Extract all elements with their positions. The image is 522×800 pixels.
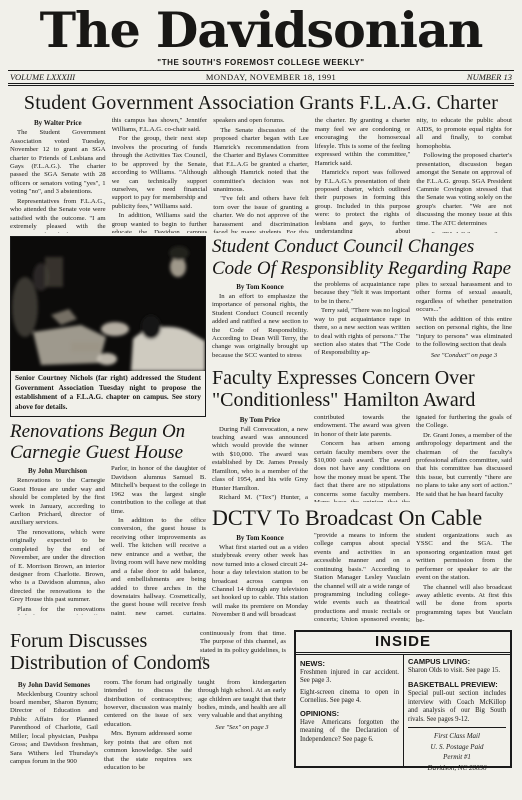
- article-text: With the addition of this entire section…: [416, 316, 512, 350]
- postage-line: U. S. Postage Paid: [408, 742, 506, 753]
- article-faculty-headline-line1: Faculty Expresses Concern Over: [212, 367, 512, 389]
- article-flag-col-1: By Walter Price The Student Government A…: [10, 117, 106, 233]
- article-renovations-columns: By John Murchison Renovations to the Car…: [10, 465, 206, 615]
- newspaper-tagline: "THE SOUTH'S FOREMOST COLLEGE WEEKLY": [0, 58, 522, 67]
- article-faculty-col-1: By Tom Price During Fall Convocation, a …: [212, 414, 308, 502]
- article-renovations-col-2: Parlor, in honor of the daughter of Davi…: [111, 465, 206, 615]
- article-conduct: Student Conduct Council Changes Code Of …: [212, 236, 512, 363]
- article-forum: Forum Discusses Distribution of Condoms …: [10, 630, 286, 775]
- article-flag-headline: Student Government Association Grants F.…: [0, 92, 522, 115]
- inside-opinions-item: Have Americans forgotten the meaning of …: [300, 719, 399, 744]
- article-faculty-headline-line2: "Conditionless" Hamilton Award: [212, 389, 512, 411]
- article-flag-col-2: this campus has shown," Jennifer William…: [112, 117, 208, 233]
- article-text: The channel will also broadcast away ath…: [416, 584, 512, 624]
- article-flag-col-4: the charter. By granting a charter many …: [315, 117, 411, 233]
- article-renovations-col-1: By John Murchison Renovations to the Car…: [10, 465, 105, 615]
- article-text: taught from kindergarten through high sc…: [198, 679, 286, 721]
- article-text: student organizations such as YSSC and t…: [416, 532, 512, 583]
- article-renovations-headline-line1: Renovations Begun On: [10, 421, 206, 442]
- article-faculty-byline: By Tom Price: [212, 416, 308, 425]
- newspaper-title: The Davidsonian: [0, 5, 522, 56]
- article-flag-col-5: nity, to educate the public about AIDS, …: [416, 117, 512, 233]
- inside-left-column: NEWS: Freshmen injured in car accident. …: [296, 655, 403, 766]
- flag-meeting-photo: Senior Courtney Nichols (far right) addr…: [10, 236, 206, 416]
- right-area: Student Conduct Council Changes Code Of …: [212, 236, 512, 624]
- article-text: Mecklenburg Country school board member,…: [10, 691, 98, 767]
- postage-line: Permit #1: [408, 752, 506, 763]
- article-forum-jumpline: See "Sex" on page 3: [198, 724, 286, 732]
- photo-caption: Senior Courtney Nichols (far right) addr…: [11, 371, 205, 415]
- article-text: Parlor, in honor of the daughter of Davi…: [111, 465, 206, 516]
- article-renovations: Renovations Begun On Carnegie Guest Hous…: [10, 421, 206, 616]
- article-faculty-col-3: ignated for furthering the goals of the …: [416, 414, 512, 502]
- article-text: nity, to educate the public about AIDS, …: [416, 117, 512, 151]
- article-text: Following the proposed charter's present…: [416, 152, 512, 228]
- article-forum-columns: By John David Semones Mecklenburg Countr…: [10, 679, 286, 775]
- middle-section: Senior Courtney Nichols (far right) addr…: [0, 236, 522, 624]
- article-conduct-byline: By Tom Koonce: [212, 283, 308, 292]
- article-forum-headline-line1: Forum Discusses: [10, 630, 210, 652]
- article-text: What first started out as a video studyb…: [212, 544, 308, 620]
- article-text: The Senate discussion of the proposed ch…: [213, 127, 309, 195]
- article-text: "I've felt and others have felt torn ove…: [213, 195, 309, 233]
- article-dctv-col-3: student organizations such as YSSC and t…: [416, 532, 512, 624]
- article-text: room. The forum had originally intended …: [104, 679, 192, 730]
- article-conduct-col-3: plies to sexual harassment and to other …: [416, 281, 512, 363]
- article-dctv-col-2: "provide a means to inform the college c…: [314, 532, 410, 624]
- photo-image: [11, 237, 205, 371]
- article-forum-col-2: room. The forum had originally intended …: [104, 679, 192, 775]
- inside-right-column: CAMPUS LIVING: Sharon Olds to visit. See…: [403, 655, 510, 766]
- article-dctv-col1-overflow: continuously from that time. The purpose…: [200, 630, 286, 664]
- article-conduct-jumpline: See "Conduct" on page 3: [416, 352, 512, 360]
- postage-line: First Class Mail: [408, 731, 506, 742]
- article-text: this campus has shown," Jennifer William…: [112, 117, 208, 134]
- article-text: The Student Government Association voted…: [10, 129, 106, 197]
- article-text: Plans for the renovations include the co…: [10, 606, 105, 616]
- article-text: For the group, their next step involves …: [112, 135, 208, 211]
- article-conduct-headline-line2: Code Of Responsiblity Regarding Rape: [212, 258, 512, 279]
- postage-line: Davidson, NC 28036: [408, 763, 506, 774]
- bottom-section: Forum Discusses Distribution of Condoms …: [0, 630, 522, 775]
- article-dctv-headline: DCTV To Broadcast On Cable: [212, 506, 512, 530]
- issue-number: NUMBER 13: [467, 72, 512, 82]
- article-dctv-col-1: By Tom Koonce What first started out as …: [212, 532, 308, 624]
- article-flag-byline: By Walter Price: [10, 119, 106, 128]
- article-dctv-columns: By Tom Koonce What first started out as …: [212, 532, 512, 624]
- article-text: In an effort to emphasize the importance…: [212, 293, 308, 361]
- article-faculty-columns: By Tom Price During Fall Convocation, a …: [212, 414, 512, 502]
- inside-basketball-item: Special pull-out section includes interv…: [408, 690, 506, 724]
- left-rail: Senior Courtney Nichols (far right) addr…: [10, 236, 206, 624]
- article-conduct-col-1: By Tom Koonce In an effort to emphasize …: [212, 281, 308, 363]
- article-text: speakers and open forums.: [213, 117, 309, 125]
- article-text: ignated for furthering the goals of the …: [416, 414, 512, 431]
- inside-news-item: Eight-screen cinema to open in Cornelius…: [300, 689, 399, 706]
- postage-notice: First Class Mail U. S. Postage Paid Perm…: [408, 727, 506, 775]
- article-dctv: DCTV To Broadcast On Cable By Tom Koonce…: [212, 506, 512, 624]
- inside-campus-living-item: Sharon Olds to visit. See page 15.: [408, 667, 506, 675]
- article-text: The renovations, which were originally e…: [10, 529, 105, 605]
- inside-news-heading: NEWS:: [300, 659, 399, 668]
- article-forum-col-3: taught from kindergarten through high sc…: [198, 679, 286, 775]
- article-conduct-columns: By Tom Koonce In an effort to emphasize …: [212, 281, 512, 363]
- masthead: The Davidsonian "THE SOUTH'S FOREMOST CO…: [0, 0, 522, 86]
- article-flag: Student Government Association Grants F.…: [0, 92, 522, 233]
- article-flag-col-3: speakers and open forums. The Senate dis…: [213, 117, 309, 233]
- article-text: Representatives from F.L.A.G., who atten…: [10, 198, 106, 234]
- article-text: Hamrick's report was followed by F.L.A.G…: [315, 169, 411, 233]
- article-forum-headline-line2: Distribution of Condoms: [10, 652, 210, 674]
- article-text: the charter. By granting a charter many …: [315, 117, 411, 168]
- inside-header: INSIDE: [296, 632, 510, 655]
- article-forum-col-1: By John David Semones Mecklenburg Countr…: [10, 679, 98, 775]
- article-text: Renovations to the Carnegie Guest House …: [10, 477, 105, 528]
- article-text: Dr. Grant Jones, a member of the anthrop…: [416, 432, 512, 500]
- inside-campus-living-heading: CAMPUS LIVING:: [408, 657, 506, 666]
- article-text: Concern has arisen among certain faculty…: [314, 440, 410, 502]
- article-dctv-byline: By Tom Koonce: [212, 534, 308, 543]
- article-text: Terry said, "There was no logical way to…: [314, 307, 410, 358]
- article-text: Mrs. Bynum addressed some key points tha…: [104, 730, 192, 772]
- newspaper-page: The Davidsonian "THE SOUTH'S FOREMOST CO…: [0, 0, 522, 800]
- inside-box: INSIDE NEWS: Freshmen injured in car acc…: [294, 630, 512, 768]
- article-flag-jumpline: See "F.L.A.G." on page 2: [416, 231, 512, 233]
- article-text: plies to sexual harassment and to other …: [416, 281, 512, 315]
- inside-opinions-heading: OPINIONS:: [300, 709, 399, 718]
- article-text: contributed towards the endowment. The a…: [314, 414, 410, 439]
- article-text: the problems of acquaintance rape becaus…: [314, 281, 410, 306]
- article-conduct-col-2: the problems of acquaintance rape becaus…: [314, 281, 410, 363]
- article-flag-columns: By Walter Price The Student Government A…: [0, 117, 522, 233]
- article-renovations-byline: By John Murchison: [10, 467, 105, 476]
- article-text: "provide a means to inform the college c…: [314, 532, 410, 624]
- article-text: During Fall Convocation, a new teaching …: [212, 426, 308, 494]
- article-conduct-headline-line1: Student Conduct Council Changes: [212, 236, 512, 257]
- issue-date: MONDAY, NOVEMBER 18, 1991: [206, 72, 336, 82]
- article-text: In addition to the office conversion, th…: [111, 517, 206, 615]
- article-faculty: Faculty Expresses Concern Over "Conditio…: [212, 367, 512, 502]
- article-text: In addition, Williams said the group wan…: [112, 212, 208, 233]
- inside-body: NEWS: Freshmen injured in car accident. …: [296, 655, 510, 766]
- article-text: Richard M. ("Tex") Hunter, a member of t…: [212, 494, 308, 502]
- volume-label: VOLUME LXXXIII: [10, 72, 75, 82]
- issue-bar: VOLUME LXXXIII MONDAY, NOVEMBER 18, 1991…: [8, 70, 514, 86]
- article-renovations-headline-line2: Carnegie Guest House: [10, 442, 206, 463]
- inside-news-item: Freshmen injured in car accident. See pa…: [300, 669, 399, 686]
- article-faculty-col-2: contributed towards the endowment. The a…: [314, 414, 410, 502]
- article-forum-byline: By John David Semones: [10, 681, 98, 690]
- inside-basketball-heading: BASKETBALL PREVIEW:: [408, 680, 506, 689]
